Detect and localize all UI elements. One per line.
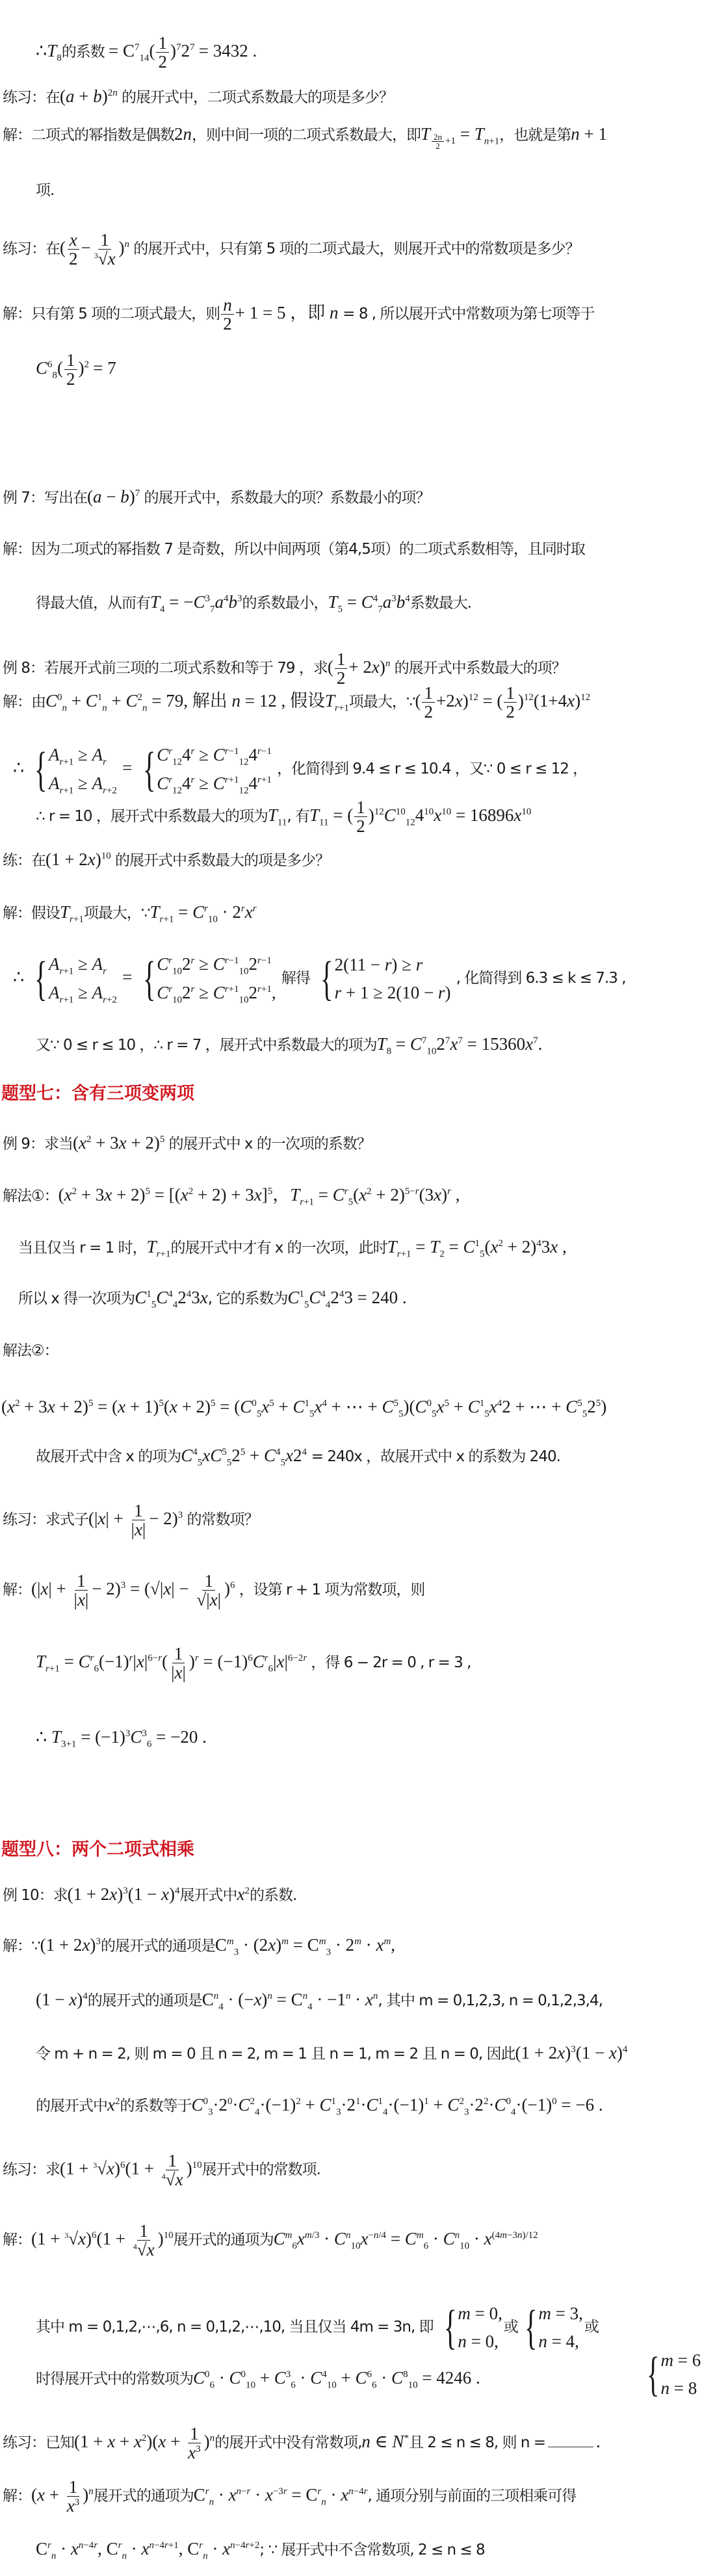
text: 解得: [281, 970, 310, 987]
section-heading-type-8: 题型八：两个二项式相乘: [1, 1835, 194, 1860]
practice-6-solution-2: Crn · xn−4r, Crn · xn−4r+1, Crn · xn−4r+…: [36, 2538, 485, 2562]
text: 系数最大.: [410, 595, 471, 612]
text: 所以 x 得一次项为: [18, 1290, 135, 1307]
text: 的展开式中，系数最大的项？系数最小的项？: [144, 489, 430, 506]
label: 例 10：求: [3, 1887, 68, 1904]
label: 练习：在: [3, 89, 60, 106]
text: 的系数: [62, 44, 105, 60]
result: = −6 .: [561, 2095, 603, 2114]
example-10-solution-4: 的展开式中x2的系数等于C03·20·C24·(−1)2 + C13·21·C1…: [36, 2094, 603, 2118]
text: ∴ r = 10 ，展开式中系数最大的项为: [36, 808, 268, 825]
text: , 通项分别与前面的三项相乘可得: [368, 2488, 577, 2504]
text: ，得 6 − 2r = 0 , r = 3 ,: [311, 1654, 471, 1671]
example-8-solution-3: ∴ r = 10 ，展开式中系数最大的项为T11, 有T11 = (12)12C…: [36, 798, 531, 836]
text: 又∵ 0 ≤ r ≤ 10 ，∴ r = 7 ，展开式中系数最大的项为: [36, 1037, 377, 1054]
practice-1-solution: 解：二项式的幂指数是偶数2n，则中间一项的二项式系数最大，即T2n2+1 = T…: [3, 124, 607, 151]
text: 时得展开式中的常数项为: [36, 2371, 193, 2387]
label: 例 9：求当: [3, 1136, 73, 1152]
practice-2-solution: 解：只有第 5 项的二项式最大，则n2+ 1 = 5 ，即 n = 8 , 所以…: [3, 296, 594, 333]
practice-5-solution-1: 解：(1 + 3√x)6(1 + 14√x)10展开式的通项为Cm6xm/3 ·…: [3, 2222, 538, 2259]
label: 解法②：: [3, 1342, 58, 1359]
practice-3-solution-1: 解：假设Tr+1项最大，∵Tr+1 = Cr10 · 2rxr: [3, 902, 257, 925]
text: 或: [504, 2319, 518, 2335]
practice-5-solution-3: 时得展开式中的常数项为C06 · C010 + C36 · C410 + C66…: [36, 2367, 480, 2391]
example-10-question: 例 10：求(1 + 2x)3(1 − x)4展开式中x2的系数.: [3, 1884, 296, 1905]
text: 展开式的通项为: [174, 2231, 274, 2248]
practice-3-solution-2: ∴ {Ar+1 ≥ ArAr+1 ≥ Ar+2 = {Cr102r ≥ Cr−1…: [13, 950, 626, 1008]
text: 的展开式中才有 x 的一次项，此时: [170, 1240, 387, 1256]
text: 或: [584, 2319, 599, 2335]
practice-6-question: 练习：已知(1 + x + x2)(x + 1x3)n的展开式中没有常数项,n …: [3, 2425, 601, 2462]
example-9-method-2-result: 故展开式中含 x 的项为C45xC5525 + C45x24 = 240x ，故…: [36, 1445, 560, 1468]
example-9-method-1-cont: 当且仅当 r = 1 时，Tr+1的展开式中才有 x 的一次项，此时Tr+1 =…: [18, 1236, 567, 1260]
text: ，也就是第: [499, 127, 571, 144]
example-8-solution-2: ∴ {Ar+1 ≥ ArAr+1 ≥ Ar+2 = {Cr124r ≥ Cr−1…: [13, 741, 587, 799]
text: 故展开式中含 x 的项为: [36, 1448, 181, 1465]
text: 的系数最小，: [242, 595, 328, 612]
text: 展开式中: [179, 1887, 237, 1904]
text: 得最大值，从而有: [36, 595, 150, 612]
practice-4-solution-1: 解：(|x| + 1|x|− 2)3 = (√|x| − 1√|x|)6 ，设第…: [3, 1572, 424, 1609]
result: = 240 .: [357, 1288, 407, 1307]
label: 练习：在: [3, 241, 60, 257]
label: 解：∵: [3, 1938, 40, 1955]
label: 解：二项式的幂指数是偶数: [3, 127, 174, 144]
example-9-method-2-expansion: (x2 + 3x + 2)5 = (x + 1)5(x + 2)5 = (C05…: [1, 1396, 606, 1420]
text: 的展开式的通项是: [88, 1992, 202, 2009]
practice-6-solution-1: 解：(x + 1x3)n展开式的通项为Crn · xn−r · x−3r = C…: [3, 2478, 576, 2516]
text: 的展开式中，只有第 5 项的二项式最大，则展开式中的常数项是多少？: [133, 241, 579, 257]
text: 的展开式中系数最大的项？: [395, 660, 566, 677]
practice-4-solution-3: ∴ T3+1 = (−1)3C36 = −20 .: [36, 1726, 207, 1750]
label: 例 7：写出在: [3, 489, 87, 506]
text: ; ∵ 展开式中不含常数项, 2 ≤ n ≤ 8: [259, 2542, 484, 2558]
text: 的展开式中 x 的一次项的系数？: [169, 1136, 371, 1152]
text: 的系数等于: [120, 2098, 191, 2114]
answer-blank[interactable]: [548, 2447, 593, 2447]
label: 例 8：若展开式前三项的二项式系数和等于 79 ，求: [3, 660, 328, 677]
text: , 其中 m = 0,1,2,3, n = 0,1,2,3,4,: [378, 1992, 603, 2009]
example-10-solution-2: (1 − x)4的展开式的通项是Cn4 · (−x)n = Cn4 · −1n …: [36, 1989, 603, 2012]
text: 其中 m = 0,1,2,⋯,6, n = 0,1,2,⋯,10, 当且仅当 4…: [36, 2319, 434, 2335]
text: ，则中间一项的二项式系数最大，即: [192, 127, 421, 144]
text: ，设第 r + 1 项为常数项，则: [239, 1581, 425, 1598]
text: , 化简得到 6.3 ≤ k ≤ 7.3 ,: [456, 970, 626, 987]
text: , 它的系数为: [208, 1290, 288, 1307]
text: 的展开式中系数最大的项是多少？: [115, 852, 330, 869]
example-9-method-1-result: 所以 x 得一次项为C15C44243x, 它的系数为C15C44243 = 2…: [18, 1287, 407, 1310]
label: 解：: [3, 2231, 31, 2248]
text: 当且仅当 r = 1 时，: [18, 1240, 147, 1256]
practice-1-solution-cont: 项.: [36, 181, 54, 200]
example-9-question: 例 9：求当(x2 + 3x + 2)5 的展开式中 x 的一次项的系数？: [3, 1132, 371, 1154]
label: 练习：已知: [3, 2434, 74, 2451]
practice-5-solution-case-3: {m = 6n = 8: [640, 2347, 702, 2402]
practice-5-solution-2: 其中 m = 0,1,2,⋯,6, n = 0,1,2,⋯,10, 当且仅当 4…: [36, 2300, 599, 2356]
result: = 15360: [467, 1034, 525, 1054]
text: 项最大，∵: [84, 905, 150, 922]
example-10-solution-1: 解：∵(1 + 2x)3的展开式的通项是Cm3 · (2x)m = Cm3 · …: [3, 1934, 395, 1958]
text: 的展开式中没有常数项,: [214, 2434, 361, 2451]
text: ，化简得到 9.4 ≤ r ≤ 10.4 ，又∵ 0 ≤ r ≤ 12 ，: [277, 761, 587, 777]
text: 的系数.: [250, 1887, 296, 1904]
example-7-solution-2: 得最大值，从而有T4 = −C37a4b3的系数最小，T5 = C47a3b4系…: [36, 592, 471, 615]
text: 项最大，∵: [349, 694, 415, 710]
text: 的展开式中，二项式系数最大的项是多少？: [122, 89, 393, 106]
label: 练习：求式子: [3, 1511, 88, 1528]
result: = 240x ，故展开式中 x 的系数为 240.: [311, 1448, 560, 1465]
result: = 7: [93, 358, 116, 378]
example-10-solution-3: 令 m + n = 2, 则 m = 0 且 n = 2, m = 1 且 n …: [36, 2042, 627, 2064]
practice-2-result: C68(12)2 = 7: [36, 351, 116, 389]
section-heading-type-7: 题型七：含有三项变两项: [1, 1079, 194, 1104]
text: 展开式的通项为: [94, 2488, 194, 2504]
example-9-method-1: 解法①：(x2 + 3x + 2)5 = [(x2 + 2) + 3x]5，Tr…: [3, 1184, 460, 1208]
practice-5-question: 练习：求(1 + 3√x)6(1 + 14√x)10展开式中的常数项.: [3, 2152, 320, 2189]
label: 解：假设: [3, 905, 60, 922]
text: = 12 , 假设: [245, 691, 325, 710]
t8-coefficient-line: ∴T8的系数 = C714(12)727 = 3432 .: [36, 34, 257, 72]
text: 项.: [36, 182, 54, 199]
text: 且 2 ≤ n ≤ 8, 则 n =: [409, 2434, 545, 2451]
text: , 有: [287, 808, 309, 825]
practice-1-question: 练习：在(a + b)2n 的展开式中，二项式系数最大的项是多少？: [3, 86, 393, 107]
example-8-solution-1: 解：由C0n + C1n + C2n = 79, 解出 n = 12 , 假设T…: [3, 684, 590, 722]
label: 练习：求: [3, 2161, 60, 2178]
result: = 4246 .: [422, 2368, 480, 2387]
label: 解：: [3, 2488, 31, 2504]
label: 解法①：: [3, 1188, 58, 1204]
text: 令 m + n = 2, 则 m = 0 且 n = 2, m = 1 且 n …: [36, 2046, 515, 2062]
example-7-solution-1: 解：因为二项式的幂指数 7 是奇数，所以中间两项（第4,5项）的二项式系数相等，…: [3, 540, 585, 559]
label: 解：由: [3, 694, 45, 710]
text: .: [596, 2432, 601, 2451]
practice-4-solution-2: Tr+1 = Cr6(−1)r|x|6−r(1|x|)r = (−1)6Cr6|…: [36, 1645, 471, 1682]
result: = 16896: [456, 805, 513, 825]
practice-3-solution-3: 又∵ 0 ≤ r ≤ 10 ，∴ r = 7 ，展开式中系数最大的项为T8 = …: [36, 1034, 542, 1057]
text: 的常数项？: [187, 1511, 259, 1528]
text: 的展开式的通项是: [101, 1938, 215, 1955]
result: = 3432 .: [199, 41, 257, 60]
label: 练：在: [3, 852, 45, 869]
text: = 79, 解出: [151, 691, 227, 710]
text: 的展开式中: [36, 2098, 107, 2114]
result: = −20 .: [156, 1727, 207, 1747]
text: 解：因为二项式的幂指数 7 是奇数，所以中间两项（第4,5项）的二项式系数相等，…: [3, 541, 585, 558]
therefore-symbol: ∴: [36, 41, 47, 60]
practice-4-question: 练习：求式子(|x| + 1|x|− 2)3 的常数项？: [3, 1502, 259, 1539]
example-9-method-2-label: 解法②：: [3, 1341, 58, 1360]
practice-3-question: 练：在(1 + 2x)10 的展开式中系数最大的项是多少？: [3, 849, 330, 870]
text: 展开式中的常数项.: [202, 2161, 320, 2178]
label: 解：: [3, 1581, 31, 1598]
example-7-question: 例 7：写出在(a − b)7 的展开式中，系数最大的项？系数最小的项？: [3, 486, 430, 508]
text: + 1 = 5 ，即: [235, 303, 325, 322]
example-8-question: 例 8：若展开式前三项的二项式系数和等于 79 ，求(12+ 2x)n 的展开式…: [3, 650, 566, 688]
practice-2-question: 练习：在(x2−13√x)n 的展开式中，只有第 5 项的二项式最大，则展开式中…: [3, 231, 580, 268]
text: = 8 , 所以展开式中常数项为第七项等于: [343, 306, 594, 322]
label: 解：只有第 5 项的二项式最大，则: [3, 306, 220, 322]
